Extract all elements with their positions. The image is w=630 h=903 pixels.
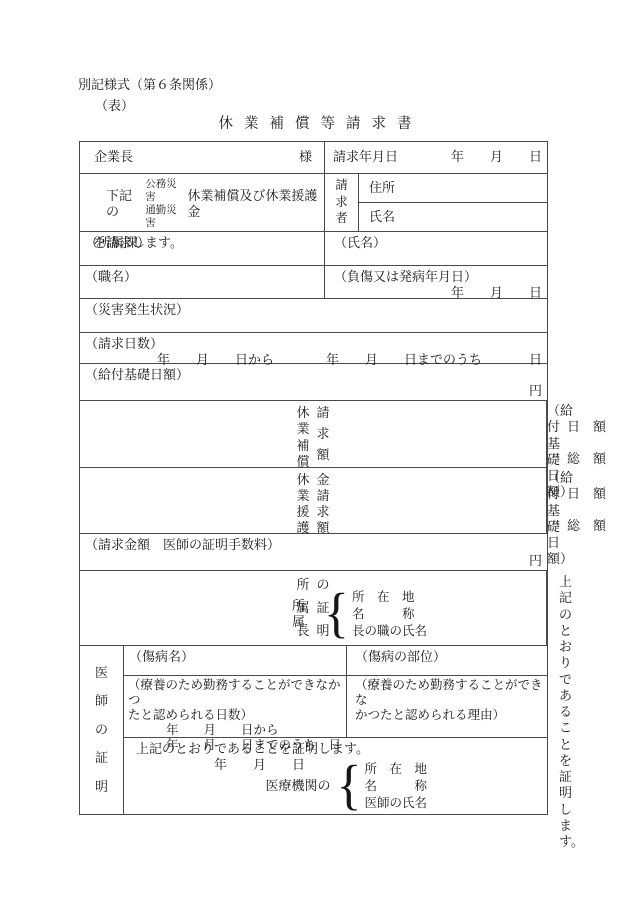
supervisor-entity-block: 所 属 { 所 在 地 名 称 長の職の氏名 bbox=[292, 588, 427, 640]
base-daily-amount-yen: 円 bbox=[80, 383, 547, 399]
accident-type-official: 公務災害 bbox=[145, 178, 185, 204]
row-base-daily-amount: （給付基礎日額） 円 bbox=[80, 364, 547, 401]
injury-name-field: （傷病名） bbox=[124, 646, 347, 675]
name-field: （氏名） bbox=[325, 232, 547, 265]
claimant-cell: 請求者 住所 氏名 bbox=[325, 174, 547, 231]
supervisor-statement: 上記のとおりであることを証明します。 bbox=[547, 571, 559, 850]
request-statement-cell: 下記の 公務災害 通勤災害 休業補償及び休業援護金 を請求します。 bbox=[80, 174, 325, 231]
medical-entity-block: 医療機関の { 所 在 地 名 称 医師の氏名 bbox=[266, 760, 428, 812]
doctor-name-line: 医師の氏名 bbox=[364, 795, 427, 812]
base-daily-amount-field: （給付基礎日額） 円 bbox=[80, 364, 547, 400]
allowance-vlabel-col1: 休業援護 bbox=[296, 472, 309, 530]
row-job-title: （職名） （負傷又は発病年月日） 年 月 日 bbox=[80, 266, 547, 299]
row-supervisor-certification: 所属長 の証明 上記のとおりであることを証明します。 年 月 日 所 属 { 所… bbox=[80, 571, 547, 646]
row-allowance-amount: 休業援護 金請求額 （給付基礎日額） 日 額 円× 0.2= 円 銭 （日 額）… bbox=[80, 468, 547, 534]
request-prefix: 下記の bbox=[106, 188, 143, 221]
accident-type-commute: 通勤災害 bbox=[145, 204, 185, 230]
row-request: 下記の 公務災害 通勤災害 休業補償及び休業援護金 を請求します。 請求者 住所 bbox=[80, 174, 547, 232]
claimant-name-field: 氏名 bbox=[359, 203, 547, 231]
claimant-vertical-label: 請求者 bbox=[325, 174, 359, 231]
absence-from-line: 年 月 日から bbox=[128, 723, 346, 738]
row-accident-description: （災害発生状況） bbox=[80, 299, 547, 333]
absence-days-row: （療養のため勤務することができなかつ たと認められる日数） 年 月 日から 年 … bbox=[124, 676, 547, 738]
entity-location-line: 所 在 地 bbox=[364, 761, 427, 778]
row-doctor-certification: 医師の証明 （傷病名） （傷病の部位） （療養のため勤務することができなかつ た… bbox=[80, 646, 547, 814]
entity-label: 所 属 bbox=[292, 598, 318, 631]
accident-description-field: （災害発生状況） bbox=[80, 299, 547, 332]
absence-days-label: （療養のため勤務することができなかつ たと認められる日数） bbox=[128, 678, 346, 723]
entity-name-line: 名 称 bbox=[364, 778, 427, 795]
absence-reason-field: （療養のため勤務することができな かつたと認められる理由） bbox=[347, 676, 547, 737]
row-department: （所属課） （氏名） bbox=[80, 232, 547, 266]
addressee-cell: 企業長 様 bbox=[80, 142, 325, 173]
claim-form-table: 企業長 様 請求年月日 年 月 日 下記の 公務災害 通勤災害 休業補償及び休業… bbox=[79, 141, 548, 815]
daily-amount-label: 日 額 bbox=[547, 486, 630, 519]
claim-date-label: 請求年月日 bbox=[333, 149, 398, 165]
compensation-vlabel-col2: 請求額 bbox=[317, 405, 330, 463]
document-title: 休業補償等請求書 bbox=[0, 115, 630, 133]
address-label: 住所 bbox=[369, 180, 395, 196]
injury-part-field: （傷病の部位） bbox=[347, 646, 547, 675]
department-field: （所属課） bbox=[80, 232, 325, 265]
row-certificate-fee: （請求金額 医師の証明手数料） 円 bbox=[80, 534, 547, 571]
doctor-statement: 上記のとおりであることを証明します。 bbox=[124, 738, 547, 757]
injury-date-field: （負傷又は発病年月日） 年 月 日 bbox=[325, 266, 547, 298]
row-compensation-amount: 休業補償 請求額 （給付基礎日額） 日 額 円× 0.6= 円 銭 （日 額） … bbox=[80, 401, 547, 468]
claimant-fields: 住所 氏名 bbox=[359, 174, 547, 231]
row-addressee: 企業長 様 請求年月日 年 月 日 bbox=[80, 142, 547, 174]
compensation-vertical-label: 休業補償 請求額 bbox=[80, 401, 547, 467]
benefit-names: 休業補償及び休業援護金 bbox=[187, 188, 324, 221]
daily-amount-label: 日 額 bbox=[547, 419, 630, 452]
medical-entity-label: 医療機関の bbox=[266, 778, 331, 794]
supervisor-date-tokens: 年 月 日 bbox=[547, 850, 630, 899]
honorific-label: 様 bbox=[299, 149, 312, 165]
allowance-vlabel-col2: 金請求額 bbox=[317, 472, 330, 530]
allowance-vertical-label: 休業援護 金請求額 bbox=[80, 468, 547, 533]
injury-date-label: （負傷又は発病年月日） bbox=[325, 266, 547, 285]
form-style-note: 別記様式（第６条関係） bbox=[78, 77, 221, 93]
entity-name-line: 名 称 bbox=[352, 606, 427, 623]
claim-date-cell: 請求年月日 年 月 日 bbox=[325, 142, 547, 173]
name-label: 氏名 bbox=[369, 209, 395, 225]
claimant-address-field: 住所 bbox=[359, 174, 547, 203]
claimed-days-label: （請求日数） bbox=[80, 333, 547, 352]
row-claimed-days: （請求日数） 年 月 日から 年 月 日までのうち 日 bbox=[80, 333, 547, 364]
accident-type-stack: 公務災害 通勤災害 bbox=[145, 178, 185, 231]
absence-days-field: （療養のため勤務することができなかつ たと認められる日数） 年 月 日から 年 … bbox=[124, 676, 347, 737]
compensation-vlabel-col1: 休業補償 bbox=[296, 405, 309, 463]
doctor-statement-area: 上記のとおりであることを証明します。 年 月 日 医療機関の { 所 在 地 名… bbox=[124, 738, 547, 814]
addressee-label: 企業長 bbox=[94, 149, 133, 165]
certificate-fee-field: （請求金額 医師の証明手数料） 円 bbox=[80, 534, 547, 570]
job-title-field: （職名） bbox=[80, 266, 325, 298]
entity-location-line: 所 在 地 bbox=[352, 589, 427, 606]
entity-chief-line: 長の職の氏名 bbox=[352, 623, 427, 640]
doctor-cert-content: （傷病名） （傷病の部位） （療養のため勤務することができなかつ たと認められる… bbox=[124, 646, 547, 814]
request-line1: 下記の 公務災害 通勤災害 休業補償及び休業援護金 bbox=[80, 178, 324, 231]
front-side-label: （表） bbox=[95, 98, 134, 114]
claimed-days-field: （請求日数） 年 月 日から 年 月 日までのうち 日 bbox=[80, 333, 547, 363]
certificate-fee-label: （請求金額 医師の証明手数料） bbox=[80, 534, 547, 553]
certificate-fee-yen: 円 bbox=[80, 553, 547, 569]
left-brace-icon: { bbox=[337, 759, 362, 814]
left-brace-icon: { bbox=[324, 587, 349, 642]
total-amount-label: 総 額 bbox=[547, 518, 630, 551]
claim-form-sheet: 別記様式（第６条関係） （表） 休業補償等請求書 企業長 様 請求年月日 年 月… bbox=[0, 0, 630, 903]
medical-entity-lines: 所 在 地 名 称 医師の氏名 bbox=[364, 761, 427, 812]
base-daily-amount-label: （給付基礎日額） bbox=[80, 364, 547, 383]
injury-name-row: （傷病名） （傷病の部位） bbox=[124, 646, 547, 676]
supervisor-entity-lines: 所 在 地 名 称 長の職の氏名 bbox=[352, 589, 427, 640]
doctor-vertical-label: 医師の証明 bbox=[95, 665, 108, 795]
claim-date-tokens: 年 月 日 bbox=[451, 149, 542, 165]
doctor-vertical-label-cell: 医師の証明 bbox=[80, 646, 124, 814]
